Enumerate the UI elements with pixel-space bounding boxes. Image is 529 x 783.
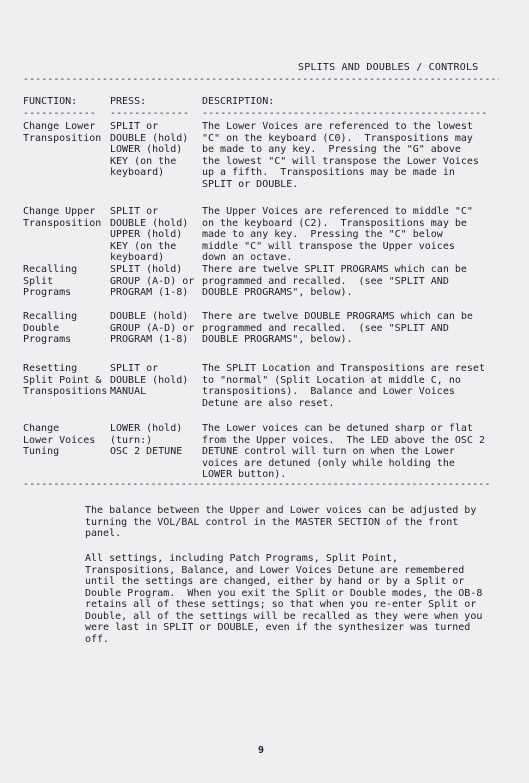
row-description: The Lower Voices are referenced to the l… [202, 121, 479, 190]
row-function: Change Lower Transposition [23, 121, 101, 144]
row-press: SPLIT or DOUBLE (hold) LOWER (hold) KEY … [110, 121, 188, 179]
row-description: There are twelve SPLIT PROGRAMS which ca… [202, 264, 467, 299]
press-underline: ------------- [110, 108, 196, 120]
row-function: Change Lower Voices Tuning [23, 423, 95, 458]
top-divider: ----------------------------------------… [23, 74, 499, 86]
row-description: The SPLIT Location and Transpositions ar… [202, 363, 485, 409]
page-number: 9 [258, 745, 264, 757]
row-press: SPLIT or DOUBLE (hold) UPPER (hold) KEY … [110, 206, 188, 264]
function-underline: ------------ [23, 108, 103, 120]
column-header-function: FUNCTION: [23, 96, 77, 108]
row-description: The Lower voices can be detuned sharp or… [202, 423, 485, 481]
row-press: SPLIT (hold) GROUP (A-D) or PROGRAM (1-8… [110, 264, 194, 299]
column-header-press: PRESS: [110, 96, 146, 108]
row-press: SPLIT or DOUBLE (hold) MANUAL [110, 363, 188, 398]
bottom-divider: ----------------------------------------… [23, 479, 489, 491]
row-press: DOUBLE (hold) GROUP (A-D) or PROGRAM (1-… [110, 311, 194, 346]
row-function: Change Upper Transposition [23, 206, 101, 229]
note-settings-memory: All settings, including Patch Programs, … [85, 553, 482, 645]
description-underline: ----------------------------------------… [202, 108, 489, 120]
row-description: The Upper Voices are referenced to middl… [202, 206, 473, 264]
column-header-description: DESCRIPTION: [202, 96, 274, 108]
note-balance: The balance between the Upper and Lower … [85, 505, 476, 540]
section-title: SPLITS AND DOUBLES / CONTROLS [298, 62, 478, 74]
row-press: LOWER (hold) (turn:) OSC 2 DETUNE [110, 423, 182, 458]
row-function: Resetting Split Point & Transpositions [23, 363, 107, 398]
row-function: Recalling Split Programs [23, 264, 77, 299]
row-function: Recalling Double Programs [23, 311, 77, 346]
row-description: There are twelve DOUBLE PROGRAMS which c… [202, 311, 473, 346]
